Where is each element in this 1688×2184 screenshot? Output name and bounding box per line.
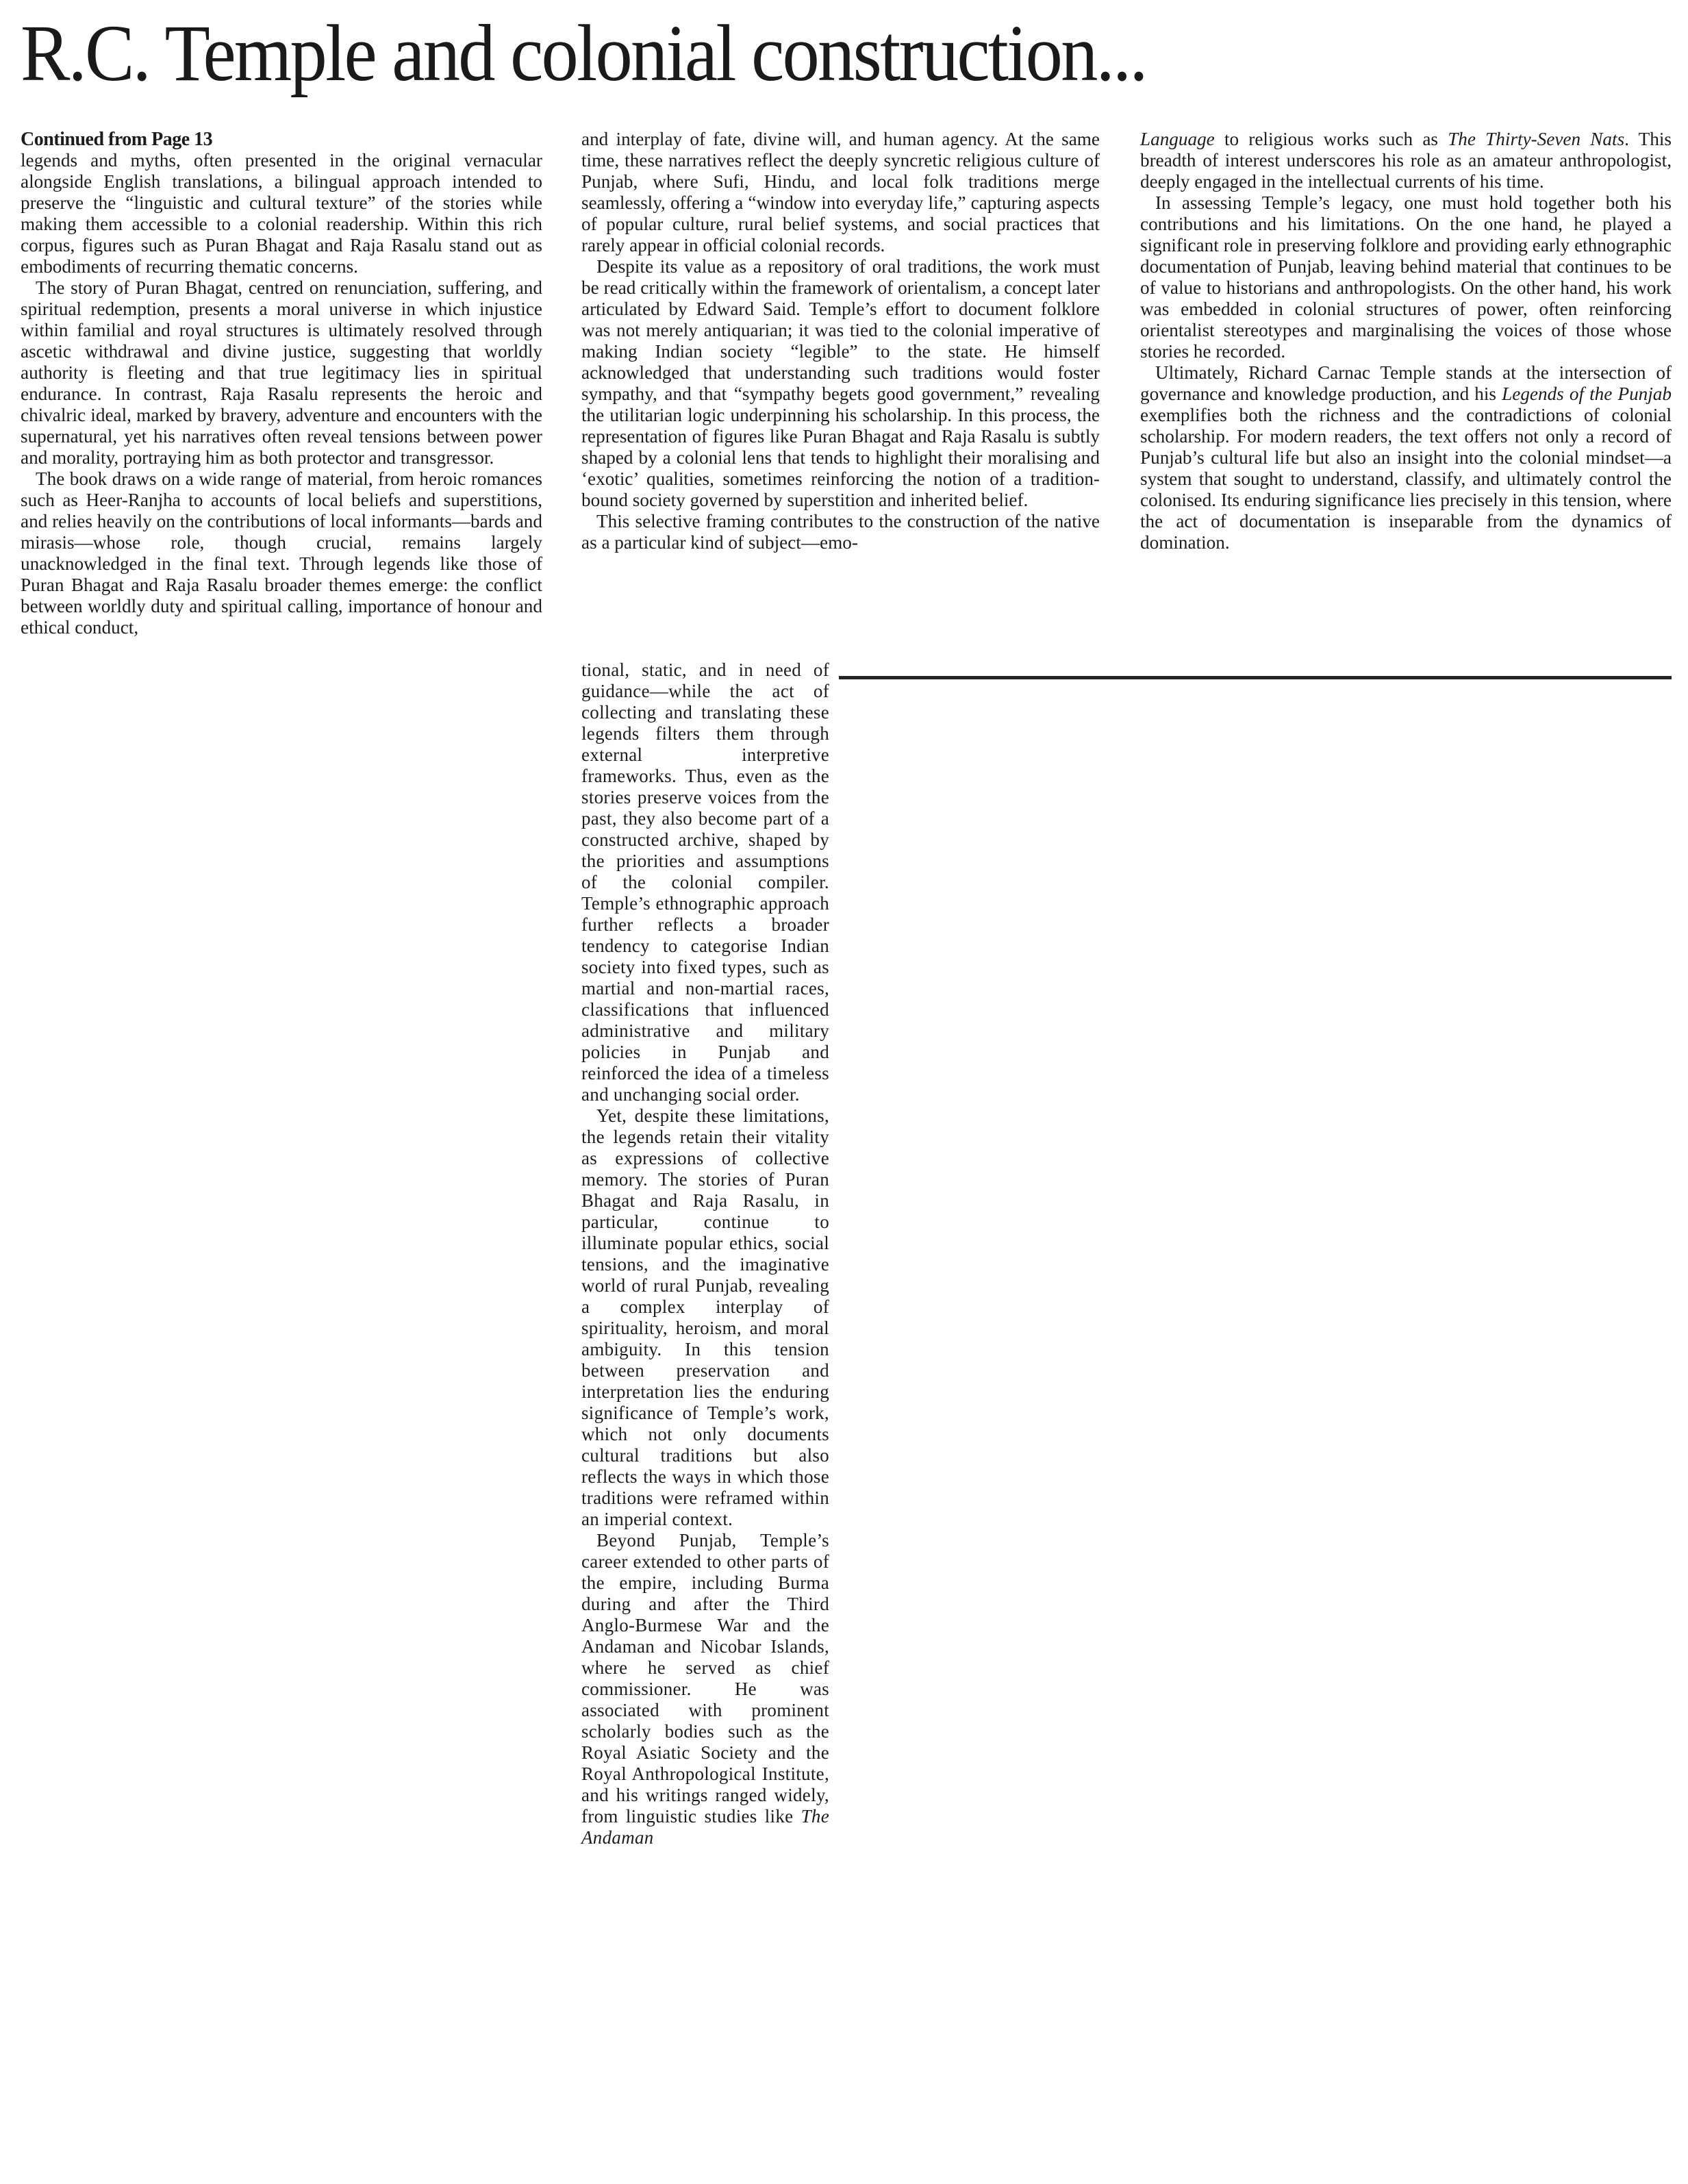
paragraph: Beyond Punjab, Temple’s career extended …: [581, 1530, 829, 1848]
section-divider-rule: [839, 676, 1672, 679]
article-column-3: Language to religious works such as The …: [1140, 129, 1672, 553]
paragraph: In assessing Temple’s legacy, one must h…: [1140, 192, 1672, 362]
continued-from-label: Continued from Page 13: [21, 129, 212, 151]
paragraph: The book draws on a wide range of materi…: [21, 468, 542, 638]
article-column-2-narrow: tional, static, and in need of guidance—…: [581, 660, 829, 1848]
paragraph-text: to religious works such as: [1215, 129, 1448, 149]
book-title: Legends of the Punjab: [1502, 384, 1672, 404]
paragraph-text: exemplifies both the richness and the co…: [1140, 405, 1672, 553]
paragraph: Ultimately, Richard Carnac Temple stands…: [1140, 362, 1672, 553]
paragraph: Despite its value as a repository of ora…: [581, 256, 1100, 511]
paragraph-text: Beyond Punjab, Temple’s career extended …: [581, 1530, 829, 1827]
paragraph: The story of Puran Bhagat, centred on re…: [21, 277, 542, 468]
article-headline: R.C. Temple and colonial construction...: [21, 12, 1146, 95]
article-column-1: legends and myths, often presented in th…: [21, 150, 542, 638]
paragraph: tional, static, and in need of guidance—…: [581, 660, 829, 1105]
article-column-2: and interplay of fate, divine will, and …: [581, 129, 1100, 553]
book-title: Language: [1140, 129, 1215, 149]
paragraph: Language to religious works such as The …: [1140, 129, 1672, 192]
paragraph: and interplay of fate, divine will, and …: [581, 129, 1100, 256]
paragraph: Yet, despite these limitations, the lege…: [581, 1105, 829, 1530]
paragraph: This selective framing contributes to th…: [581, 511, 1100, 553]
paragraph: legends and myths, often presented in th…: [21, 150, 542, 277]
book-title: The Thirty-Seven Nats: [1448, 129, 1624, 149]
